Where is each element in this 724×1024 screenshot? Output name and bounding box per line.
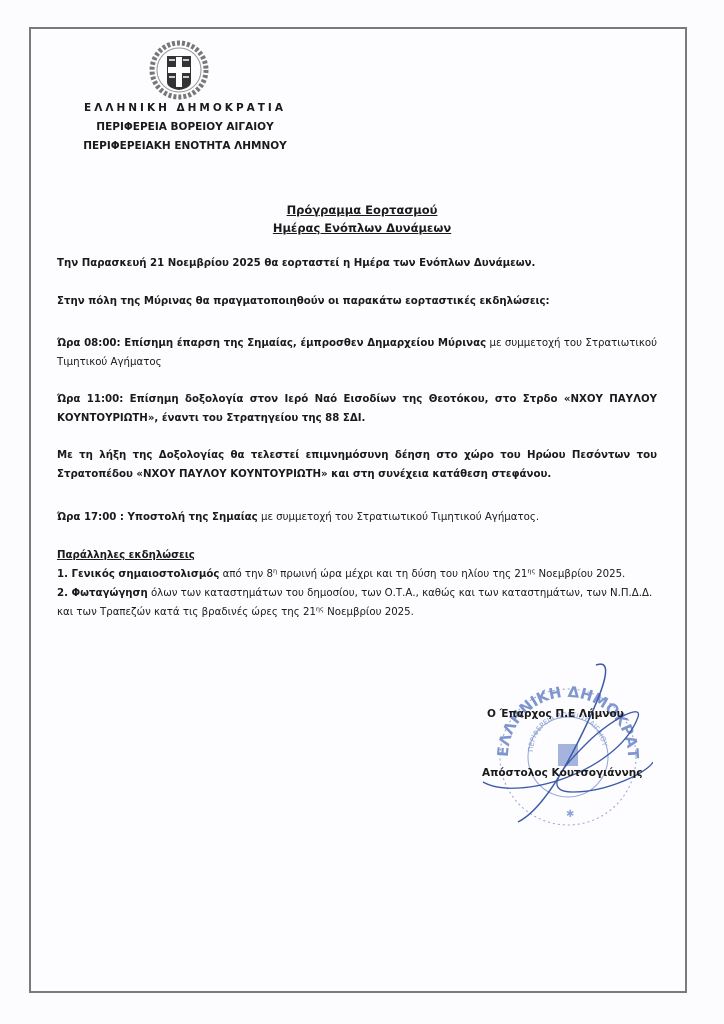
- parallel-item-1-bold: 1. Γενικός σημαιοστολισμός: [57, 569, 219, 580]
- official-stamp-icon: ΕΛΛΗΝΙΚΗ ΔΗΜΟΚΡΑΤΙΑ ΠΕΡΙΦΕΡΕΙΑ ΒΟΡΕΙΟΥ Α…: [478, 662, 653, 832]
- event-1700-bold: Ώρα 17:00 : Υποστολή της Σημαίας: [57, 512, 258, 523]
- document-title: Πρόγραμμα Εορτασμού Ημέρας Ενόπλων Δυνάμ…: [0, 201, 724, 237]
- title-line-2: Ημέρας Ενόπλων Δυνάμεων: [0, 219, 724, 237]
- event-0800-bold: Ώρα 08:00: Επίσημη έπαρση της Σημαίας, έ…: [57, 338, 486, 349]
- title-line-1: Πρόγραμμα Εορτασμού: [0, 201, 724, 219]
- parallel-item-2-text: Νοεμβρίου 2025.: [324, 607, 414, 618]
- ordinal-suffix: ης: [316, 605, 324, 613]
- signatory-role: Ο Έπαρχος Π.Ε Λήμνου: [487, 708, 624, 720]
- svg-text:✱: ✱: [566, 809, 574, 820]
- header-line-regional-unit: ΠΕΡΙΦΕΡΕΙΑΚΗ ΕΝΟΤΗΤΑ ΛΗΜΝΟΥ: [70, 140, 300, 152]
- parallel-item-1-text: από την 8: [219, 569, 273, 580]
- city-paragraph: Στην πόλη της Μύρινας θα πραγματοποιηθού…: [57, 292, 657, 311]
- greek-coat-of-arms-icon: [148, 40, 210, 100]
- event-1100-paragraph: Ώρα 11:00: Επίσημη δοξολογία στον Ιερό Ν…: [57, 390, 657, 428]
- parallel-item-2: 2. Φωταγώγηση όλων των καταστημάτων του …: [57, 584, 657, 622]
- parallel-item-1-text: πρωινή ώρα μέχρι και τη δύση του ηλίου τ…: [277, 569, 527, 580]
- issuer-header: ΕΛΛΗΝΙΚΗ ΔΗΜΟΚΡΑΤΙΑ ΠΕΡΙΦΕΡΕΙΑ ΒΟΡΕΙΟΥ Α…: [70, 100, 300, 152]
- header-line-region: ΠΕΡΙΦΕΡΕΙΑ ΒΟΡΕΙΟΥ ΑΙΓΑΙΟΥ: [70, 121, 300, 133]
- parallel-item-1-text: Νοεμβρίου 2025.: [535, 569, 625, 580]
- event-1700-paragraph: Ώρα 17:00 : Υποστολή της Σημαίας με συμμ…: [57, 508, 657, 527]
- event-0800-paragraph: Ώρα 08:00: Επίσημη έπαρση της Σημαίας, έ…: [57, 334, 657, 372]
- signatory-name: Απόστολος Κουτσογιάννης: [482, 767, 642, 779]
- parallel-item-1: 1. Γενικός σημαιοστολισμός από την 8η πρ…: [57, 565, 657, 584]
- intro-paragraph: Την Παρασκευή 21 Νοεμβρίου 2025 θα εορτα…: [57, 254, 657, 273]
- event-1700-rest: με συμμετοχή του Στρατιωτικού Τιμητικού …: [258, 512, 539, 523]
- parallel-events-heading: Παράλληλες εκδηλώσεις: [57, 546, 657, 565]
- parallel-item-2-bold: 2. Φωταγώγηση: [57, 588, 148, 599]
- memorial-paragraph: Με τη λήξη της Δοξολογίας θα τελεστεί επ…: [57, 446, 657, 484]
- header-line-republic: ΕΛΛΗΝΙΚΗ ΔΗΜΟΚΡΑΤΙΑ: [70, 102, 300, 114]
